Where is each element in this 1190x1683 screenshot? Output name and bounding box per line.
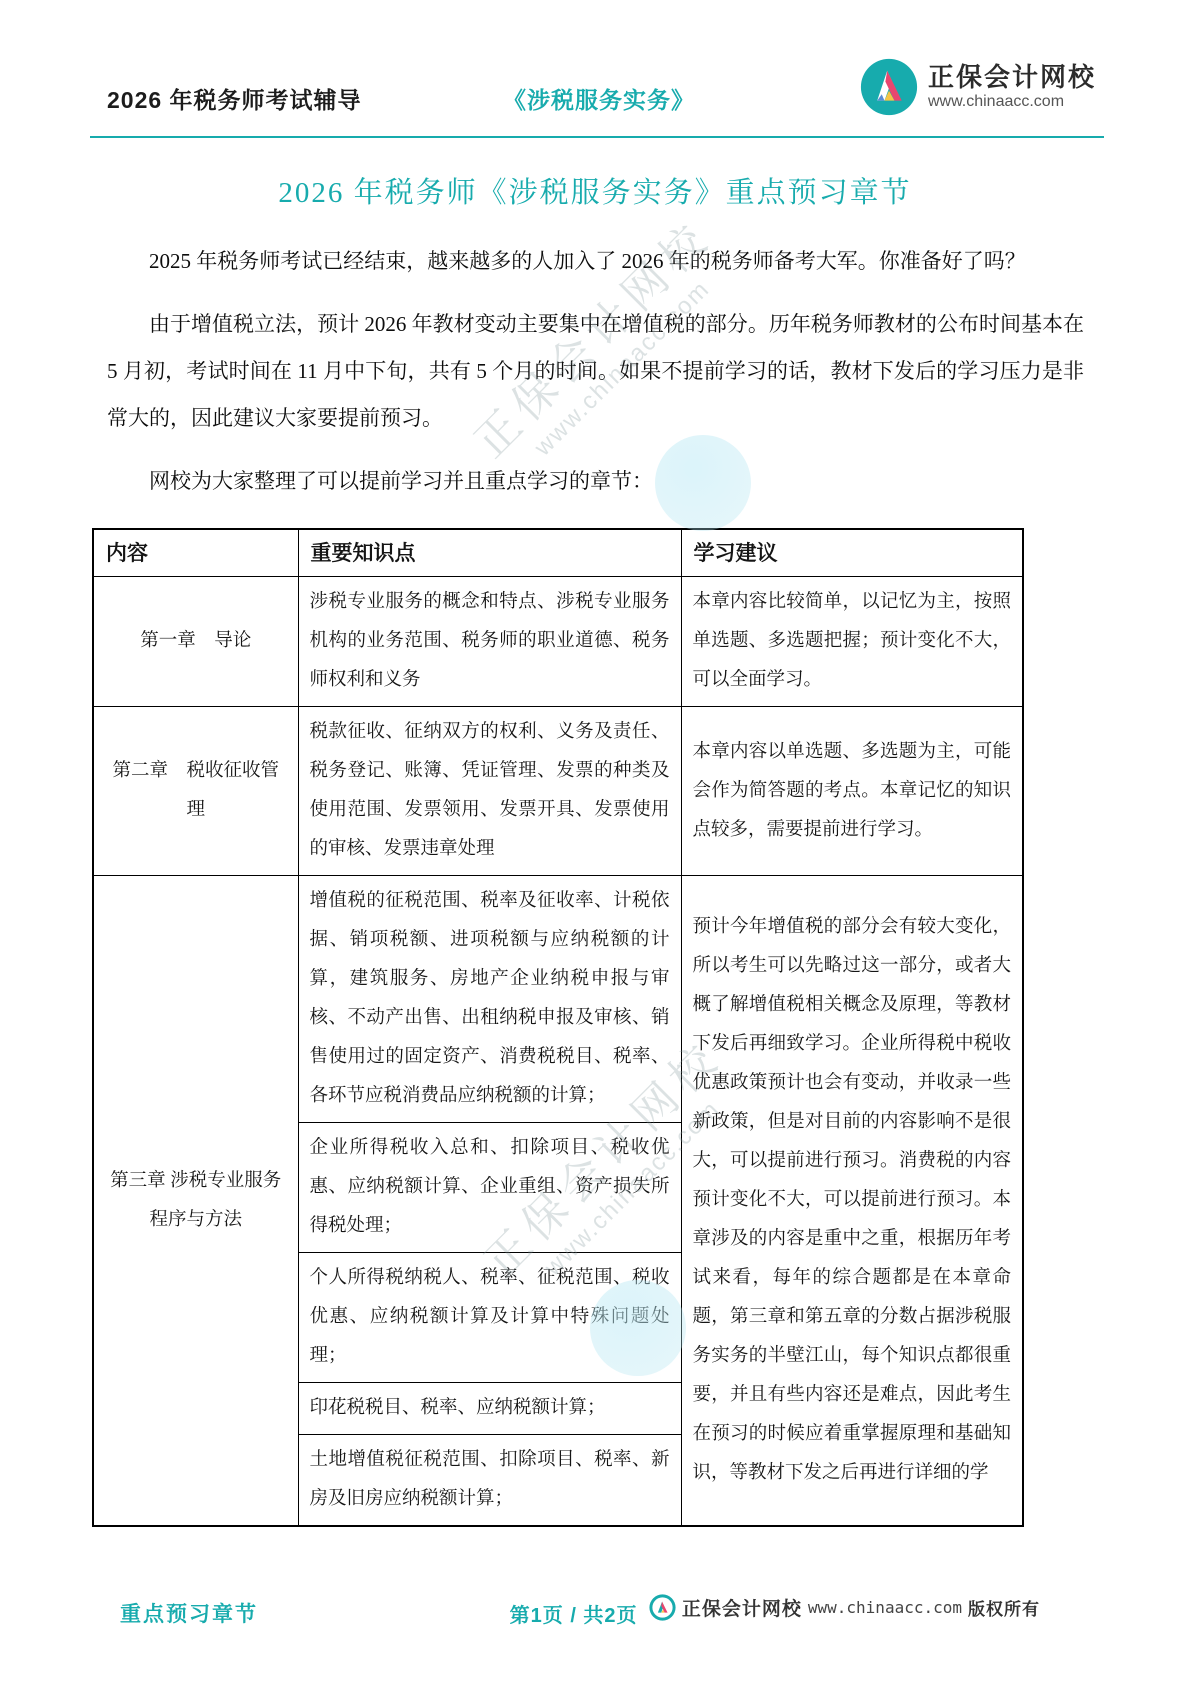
table-row: 第二章 税收征收管理 税款征收、征纳双方的权利、义务及责任、税务登记、账簿、凭证… (93, 707, 1023, 876)
table-row: 第一章 导论 涉税专业服务的概念和特点、涉税专业服务机构的业务范围、税务师的职业… (93, 577, 1023, 707)
course-title: 2026 年税务师考试辅导 (107, 82, 362, 115)
footer-section-label: 重点预习章节 (120, 1598, 258, 1628)
chapter-table-wrap: 内容 重要知识点 学习建议 第一章 导论 涉税专业服务的概念和特点、涉税专业服务… (92, 528, 1022, 1527)
footer-copyright: 版权所有 (968, 1595, 1040, 1620)
footer-brand-block: 正保会计网校 www.chinaacc.com 版权所有 (649, 1594, 1040, 1621)
paragraph: 由于增值税立法，预计 2026 年教材变动主要集中在增值税的部分。历年税务师教材… (107, 301, 1084, 442)
knowledge-cell: 企业所得税收入总和、扣除项目、税收优惠、应纳税额计算、企业重组、资产损失所得税处… (298, 1123, 681, 1253)
footer-page-indicator: 第1页 / 共2页 (510, 1599, 638, 1628)
page-header: 2026 年税务师考试辅导 《涉税服务实务》 正保会计网校 www.chinaa… (94, 58, 1104, 130)
knowledge-cell: 土地增值税征税范围、扣除项目、税率、新房及旧房应纳税额计算； (298, 1435, 681, 1527)
table-header-row: 内容 重要知识点 学习建议 (93, 529, 1023, 577)
document-page: 正保会计网校 www.chinaacc.com 正保会计网校 www.china… (0, 0, 1190, 1683)
col-header-advice: 学习建议 (681, 529, 1023, 577)
brand-url: www.chinaacc.com (928, 93, 1096, 111)
paragraph: 网校为大家整理了可以提前学习并且重点学习的章节： (107, 458, 1084, 505)
paragraph: 2025 年税务师考试已经结束，越来越多的人加入了 2026 年的税务师备考大军… (107, 238, 1084, 285)
advice-cell: 本章内容以单选题、多选题为主，可能会作为简答题的考点。本章记忆的知识点较多，需要… (681, 707, 1023, 876)
chapter-cell: 第三章 涉税专业服务 程序与方法 (93, 876, 298, 1527)
brand-text: 正保会计网校 www.chinaacc.com (928, 63, 1096, 111)
chapter-table: 内容 重要知识点 学习建议 第一章 导论 涉税专业服务的概念和特点、涉税专业服务… (92, 528, 1024, 1527)
advice-cell: 本章内容比较简单，以记忆为主，按照单选题、多选题把握；预计变化不大，可以全面学习… (681, 577, 1023, 707)
chapter-cell: 第一章 导论 (93, 577, 298, 707)
table-row: 第三章 涉税专业服务 程序与方法 增值税的征税范围、税率及征收率、计税依据、销项… (93, 876, 1023, 1123)
footer-brand-name: 正保会计网校 (682, 1594, 802, 1621)
col-header-knowledge: 重要知识点 (298, 529, 681, 577)
footer-brand-logo-icon (649, 1594, 676, 1621)
chapter-cell: 第二章 税收征收管理 (93, 707, 298, 876)
page-footer: 重点预习章节 第1页 / 共2页 正保会计网校 www.chinaacc.com… (120, 1592, 1040, 1632)
knowledge-cell: 税款征收、征纳双方的权利、义务及责任、税务登记、账簿、凭证管理、发票的种类及使用… (298, 707, 681, 876)
knowledge-cell: 印花税税目、税率、应纳税额计算； (298, 1383, 681, 1435)
brand-name: 正保会计网校 (928, 63, 1096, 93)
body-text: 2025 年税务师考试已经结束，越来越多的人加入了 2026 年的税务师备考大军… (107, 238, 1084, 521)
page-title: 2026 年税务师《涉税服务实务》重点预习章节 (0, 170, 1190, 211)
brand-block: 正保会计网校 www.chinaacc.com (860, 58, 1096, 116)
subject-title: 《涉税服务实务》 (503, 82, 695, 115)
knowledge-cell: 增值税的征税范围、税率及征收率、计税依据、销项税额、进项税额与应纳税额的计算，建… (298, 876, 681, 1123)
knowledge-cell: 个人所得税纳税人、税率、征税范围、税收优惠、应纳税额计算及计算中特殊问题处理； (298, 1253, 681, 1383)
advice-cell: 预计今年增值税的部分会有较大变化，所以考生可以先略过这一部分，或者大概了解增值税… (681, 876, 1023, 1527)
col-header-content: 内容 (93, 529, 298, 577)
footer-brand-url: www.chinaacc.com (808, 1598, 962, 1617)
brand-logo-icon (860, 58, 918, 116)
knowledge-cell: 涉税专业服务的概念和特点、涉税专业服务机构的业务范围、税务师的职业道德、税务师权… (298, 577, 681, 707)
header-divider (90, 136, 1104, 138)
